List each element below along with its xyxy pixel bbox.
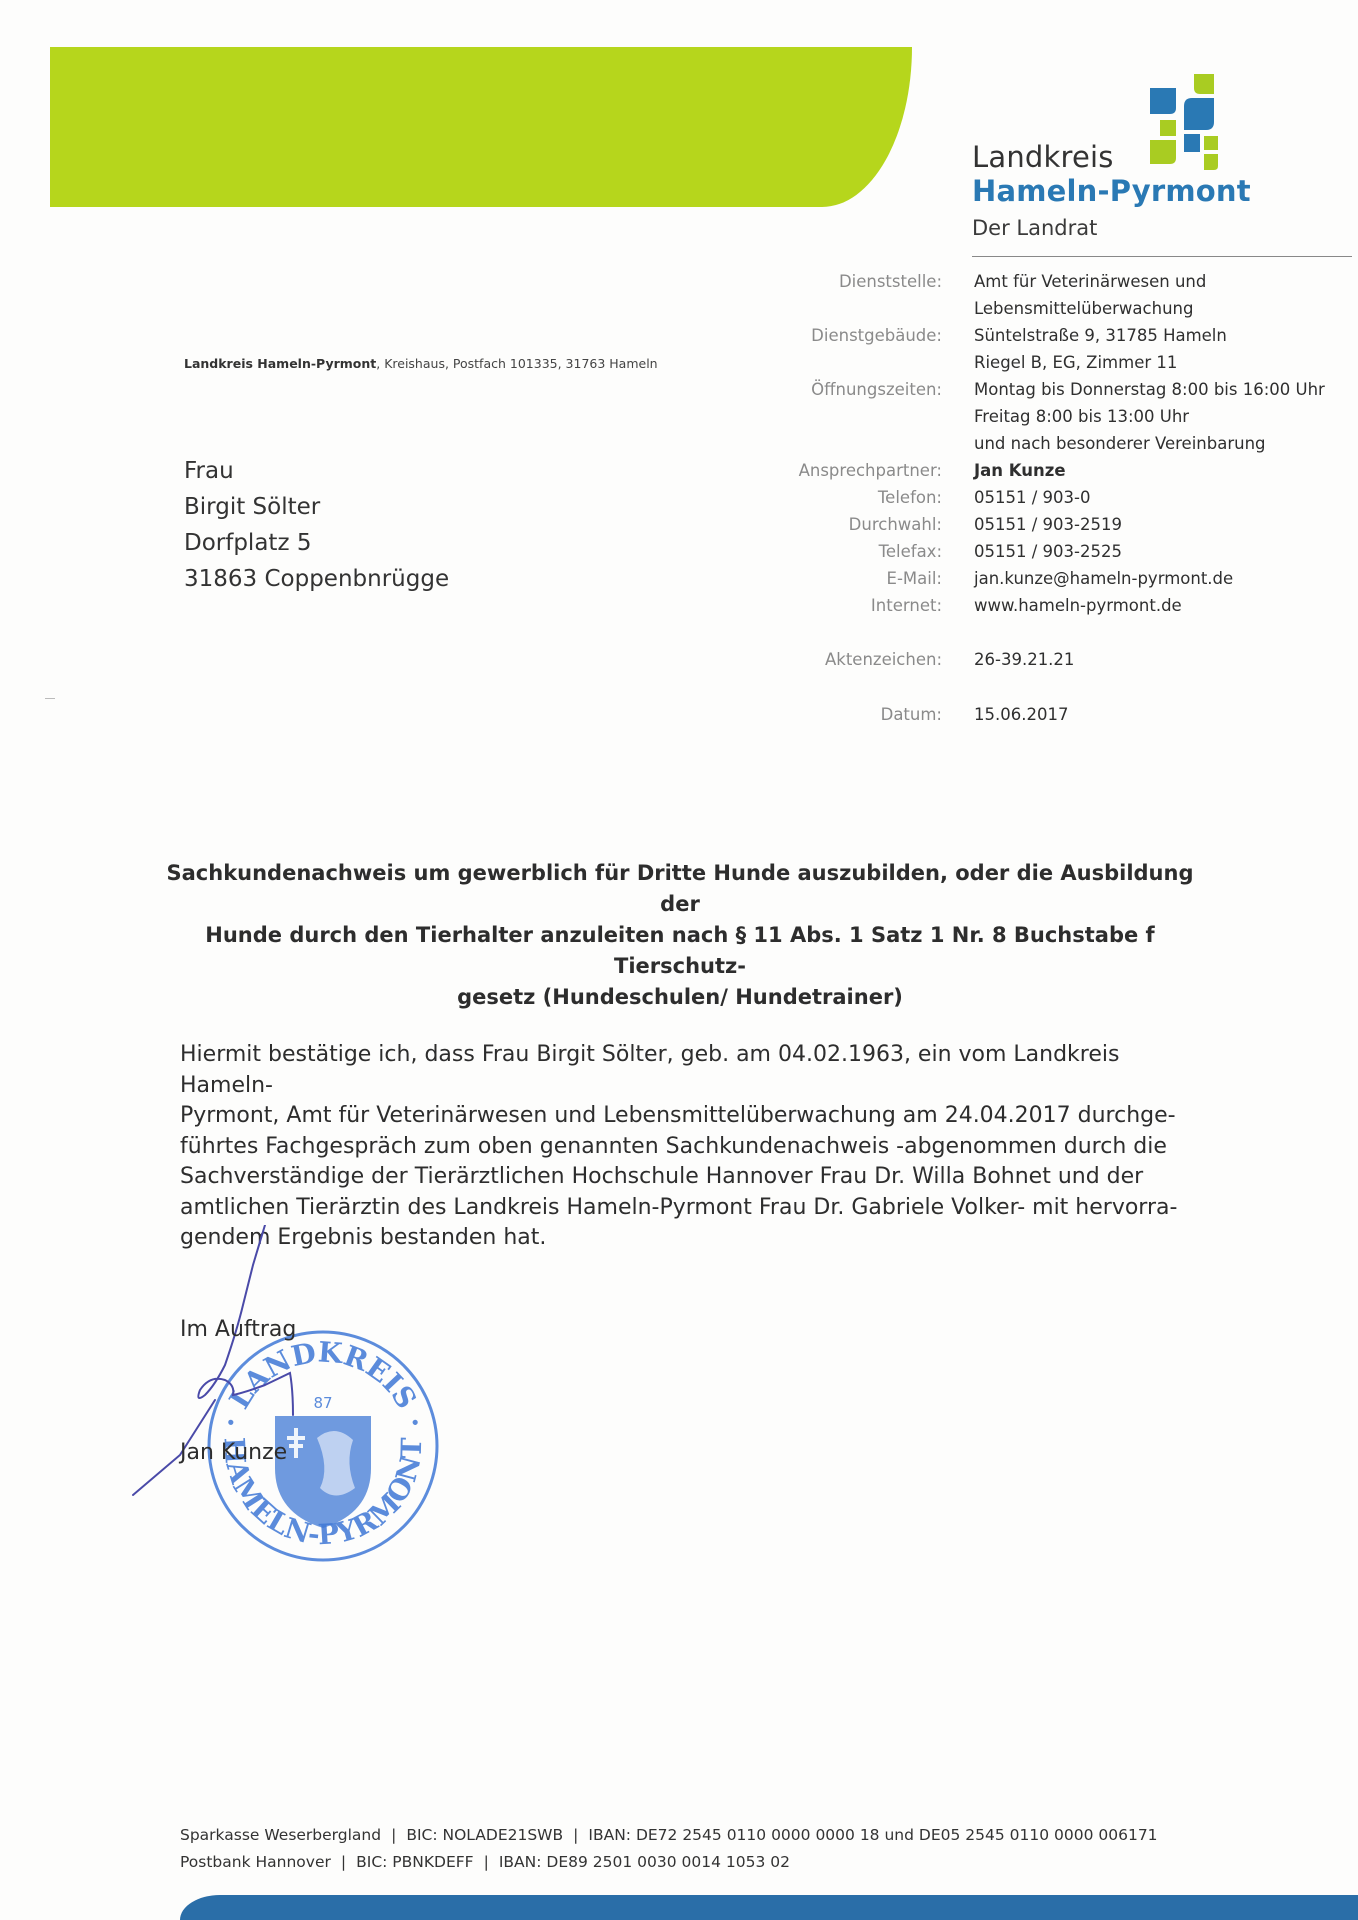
subject-line: Hunde durch den Tierhalter anzuleiten na…	[150, 920, 1210, 982]
return-address-rest: , Kreishaus, Postfach 101335, 31763 Hame…	[376, 356, 657, 371]
info-row-dienststelle: Dienststelle: Amt für Veterinärwesen und	[790, 268, 1325, 295]
info-value: Lebensmittelüberwachung	[974, 295, 1193, 322]
return-address: Landkreis Hameln-Pyrmont, Kreishaus, Pos…	[184, 356, 658, 371]
info-label: Dienststelle:	[790, 268, 974, 295]
info-label-empty	[790, 403, 974, 430]
bank-iban: IBAN: DE72 2545 0110 0000 0000 18 und DE…	[588, 1826, 1157, 1844]
info-value: Süntelstraße 9, 31785 Hameln	[974, 322, 1227, 349]
info-row-dienststelle-2: Lebensmittelüberwachung	[790, 295, 1325, 322]
info-row-email: E-Mail: jan.kunze@hameln-pyrmont.de	[790, 565, 1325, 592]
recipient-city: 31863 Coppenbnrügge	[184, 561, 449, 597]
footer-line-postbank: Postbank Hannover|BIC: PBNKDEFF|IBAN: DE…	[180, 1849, 1158, 1876]
info-label-empty	[790, 430, 974, 457]
brand-der-landrat: Der Landrat	[972, 216, 1251, 240]
info-row-oeffnungszeiten: Öffnungszeiten: Montag bis Donnerstag 8:…	[790, 376, 1325, 403]
info-label: Dienstgebäude:	[790, 322, 974, 349]
footer-blue-band	[180, 1895, 1358, 1920]
info-row-oeffnungszeiten-3: und nach besonderer Vereinbarung	[790, 430, 1325, 457]
info-row-ansprechpartner: Ansprechpartner: Jan Kunze	[790, 457, 1325, 484]
body-line: Sachverständige der Tierärztlichen Hochs…	[180, 1162, 1180, 1193]
direct-dial: 05151 / 903-2519	[974, 511, 1122, 538]
info-value: Amt für Veterinärwesen und	[974, 268, 1206, 295]
info-label: Durchwahl:	[790, 511, 974, 538]
subject-line: Sachkundenachweis um gewerblich für Drit…	[150, 858, 1210, 920]
recipient-street: Dorfplatz 5	[184, 525, 449, 561]
info-label: Öffnungszeiten:	[790, 376, 974, 403]
brand-hameln-pyrmont: Hameln-Pyrmont	[972, 174, 1251, 208]
contact-person: Jan Kunze	[974, 457, 1066, 484]
body-line: führtes Fachgespräch zum oben genannten …	[180, 1132, 1180, 1163]
letter-subject: Sachkundenachweis um gewerblich für Drit…	[150, 858, 1210, 1013]
info-label: Telefon:	[790, 484, 974, 511]
website-link[interactable]: www.hameln-pyrmont.de	[974, 592, 1182, 619]
info-block: Dienststelle: Amt für Veterinärwesen und…	[790, 268, 1325, 728]
im-auftrag-label: Im Auftrag	[180, 1317, 296, 1342]
info-row-telefax: Telefax: 05151 / 903-2525	[790, 538, 1325, 565]
info-row-dienstgebaeude-2: Riegel B, EG, Zimmer 11	[790, 349, 1325, 376]
phone-number: 05151 / 903-0	[974, 484, 1090, 511]
return-address-org: Landkreis Hameln-Pyrmont	[184, 356, 376, 371]
info-label: E-Mail:	[790, 565, 974, 592]
recipient-name: Birgit Sölter	[184, 489, 449, 525]
footer-line-sparkasse: Sparkasse Weserbergland|BIC: NOLADE21SWB…	[180, 1822, 1158, 1849]
info-label: Datum:	[790, 701, 974, 728]
info-label-empty	[790, 349, 974, 376]
letterhead-brand: Landkreis Hameln-Pyrmont Der Landrat	[972, 140, 1251, 240]
letterhead-rule	[972, 256, 1352, 257]
info-value: Freitag 8:00 bis 13:00 Uhr	[974, 403, 1189, 430]
info-label: Aktenzeichen:	[790, 646, 974, 673]
body-line: Pyrmont, Amt für Veterinärwesen und Lebe…	[180, 1101, 1180, 1132]
bank-name: Postbank Hannover	[180, 1853, 331, 1871]
subject-line: gesetz (Hundeschulen/ Hundetrainer)	[150, 982, 1210, 1013]
info-value: Riegel B, EG, Zimmer 11	[974, 349, 1177, 376]
recipient-address: Frau Birgit Sölter Dorfplatz 5 31863 Cop…	[184, 453, 449, 597]
info-row-oeffnungszeiten-2: Freitag 8:00 bis 13:00 Uhr	[790, 403, 1325, 430]
separator: |	[331, 1853, 356, 1871]
bank-iban: IBAN: DE89 2501 0030 0014 1053 02	[499, 1853, 790, 1871]
email-link[interactable]: jan.kunze@hameln-pyrmont.de	[974, 565, 1233, 592]
brand-landkreis: Landkreis	[972, 140, 1251, 174]
spacer	[790, 619, 1325, 646]
info-row-dienstgebaeude: Dienstgebäude: Süntelstraße 9, 31785 Ham…	[790, 322, 1325, 349]
spacer	[790, 673, 1325, 701]
separator: |	[563, 1826, 588, 1844]
info-label: Telefax:	[790, 538, 974, 565]
info-value: Montag bis Donnerstag 8:00 bis 16:00 Uhr	[974, 376, 1325, 403]
body-line: amtlichen Tierärztin des Landkreis Hamel…	[180, 1193, 1180, 1224]
info-row-datum: Datum: 15.06.2017	[790, 701, 1325, 728]
info-row-durchwahl: Durchwahl: 05151 / 903-2519	[790, 511, 1325, 538]
recipient-salutation: Frau	[184, 453, 449, 489]
svg-text:87: 87	[313, 1394, 332, 1412]
fold-mark	[45, 698, 55, 699]
bank-footer: Sparkasse Weserbergland|BIC: NOLADE21SWB…	[180, 1822, 1158, 1876]
bank-bic: BIC: NOLADE21SWB	[406, 1826, 563, 1844]
info-row-telefon: Telefon: 05151 / 903-0	[790, 484, 1325, 511]
info-value: und nach besonderer Vereinbarung	[974, 430, 1266, 457]
separator: |	[381, 1826, 406, 1844]
separator: |	[474, 1853, 499, 1871]
info-label: Ansprechpartner:	[790, 457, 974, 484]
letter-date: 15.06.2017	[974, 701, 1068, 728]
body-line: Hiermit bestätige ich, dass Frau Birgit …	[180, 1040, 1180, 1101]
letterhead-green-band	[50, 47, 912, 207]
fax-number: 05151 / 903-2525	[974, 538, 1122, 565]
bank-name: Sparkasse Weserbergland	[180, 1826, 381, 1844]
info-row-aktenzeichen: Aktenzeichen: 26-39.21.21	[790, 646, 1325, 673]
signatory-name: Jan Kunze	[180, 1440, 287, 1465]
info-label-empty	[790, 295, 974, 322]
info-row-internet: Internet: www.hameln-pyrmont.de	[790, 592, 1325, 619]
body-line: gendem Ergebnis bestanden hat.	[180, 1223, 1180, 1254]
file-reference: 26-39.21.21	[974, 646, 1074, 673]
letter-body: Hiermit bestätige ich, dass Frau Birgit …	[180, 1040, 1180, 1254]
bank-bic: BIC: PBNKDEFF	[356, 1853, 473, 1871]
info-label: Internet:	[790, 592, 974, 619]
